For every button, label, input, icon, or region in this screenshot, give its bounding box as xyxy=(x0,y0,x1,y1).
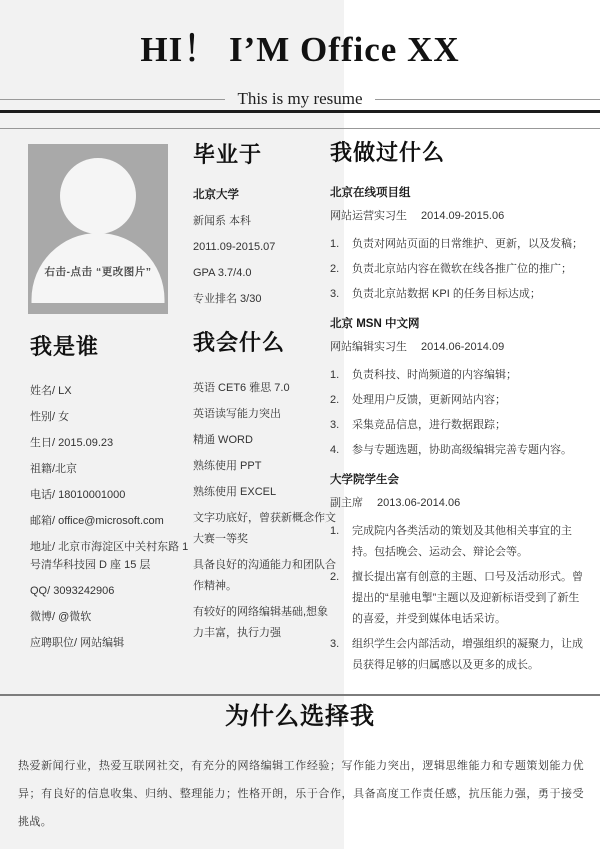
section-skills: 我会什么 英语 CET6 雅思 7.0 英语读写能力突出 精通 WORD 熟练使… xyxy=(193,330,338,649)
photo-caption: 右击-点击 “更改图片” xyxy=(28,264,168,279)
job-period: 2014.06-2014.09 xyxy=(421,341,504,353)
job-role: 网站运营实习生 xyxy=(330,210,407,222)
job-period: 2014.09-2015.06 xyxy=(421,210,504,222)
duty-item: 擅长提出富有创意的主题、口号及活动形式。曾提出的“星驰电掣”主题以及迎新标语受到… xyxy=(330,567,586,630)
profile-item-gender: 性别/ 女 xyxy=(30,408,198,426)
job-entry: 大学院学生会 副主席2013.06-2014.06 完成院内各类活动的策划及其他… xyxy=(330,473,586,676)
skill-item: 文字功底好，曾获新概念作文大赛一等奖 xyxy=(193,508,338,550)
profile-item-name: 姓名/ LX xyxy=(30,382,198,400)
profile-item-phone: 电话/ 18010001000 xyxy=(30,486,198,504)
duty-item: 负责北京站数据 KPI 的任务目标达成； xyxy=(330,284,586,305)
header-thick-rule xyxy=(0,110,600,113)
skill-item: 熟练使用 EXCEL xyxy=(193,482,338,503)
subtitle-text: This is my resume xyxy=(237,89,362,109)
skill-item: 精通 WORD xyxy=(193,430,338,451)
footer-divider-rule xyxy=(0,694,600,696)
duty-item: 完成院内各类活动的策划及其他相关事宜的主持。包括晚会、运动会、辩论会等。 xyxy=(330,521,586,563)
job-duty-list: 完成院内各类活动的策划及其他相关事宜的主持。包括晚会、运动会、辩论会等。 擅长提… xyxy=(330,521,586,676)
job-role: 副主席 xyxy=(330,497,363,509)
skill-item: 具备良好的沟通能力和团队合作精神。 xyxy=(193,555,338,597)
job-period: 2013.06-2014.06 xyxy=(377,497,460,509)
subtitle-left-rule xyxy=(0,99,225,100)
skill-item: 有较好的网络编辑基础,想象力丰富，执行力强 xyxy=(193,602,338,644)
profile-item-hometown: 祖籍/北京 xyxy=(30,460,198,478)
skills-heading: 我会什么 xyxy=(193,330,338,356)
job-organization: 北京在线项目组 xyxy=(330,186,586,201)
person-silhouette-head-icon xyxy=(60,158,136,234)
resume-page: HI！ I’M Office XX This is my resume 右击-点… xyxy=(0,0,600,849)
education-school: 北京大学 xyxy=(193,188,325,203)
job-role: 网站编辑实习生 xyxy=(330,341,407,353)
skill-item: 英语 CET6 雅思 7.0 xyxy=(193,378,338,399)
education-item: GPA 3.7/4.0 xyxy=(193,266,325,281)
header-thin-rule xyxy=(0,128,600,129)
why-me-text: 热爱新闻行业，热爱互联网社交，有充分的网络编辑工作经验；写作能力突出，逻辑思维能… xyxy=(18,752,584,836)
job-role-line: 副主席2013.06-2014.06 xyxy=(330,496,586,511)
profile-item-qq: QQ/ 3093242906 xyxy=(30,582,198,600)
duty-item: 负责北京站内容在微软在线各推广位的推广； xyxy=(330,259,586,280)
job-duty-list: 负责科技、时尚频道的内容编辑； 处理用户反馈，更新网站内容； 采集竞品信息，进行… xyxy=(330,365,586,461)
education-heading: 毕业于 xyxy=(193,142,325,168)
section-education: 毕业于 北京大学 新闻系 本科 2011.09-2015.07 GPA 3.7/… xyxy=(193,142,325,318)
duty-item: 处理用户反馈，更新网站内容； xyxy=(330,390,586,411)
duty-item: 负责对网站页面的日常维护、更新，以及发稿； xyxy=(330,234,586,255)
profile-item-weibo: 微博/ @微软 xyxy=(30,608,198,626)
experience-heading: 我做过什么 xyxy=(330,140,586,166)
why-me-heading: 为什么选择我 xyxy=(0,702,600,732)
profile-item-birthday: 生日/ 2015.09.23 xyxy=(30,434,198,452)
education-item: 2011.09-2015.07 xyxy=(193,240,325,255)
job-role-line: 网站运营实习生2014.09-2015.06 xyxy=(330,209,586,224)
education-item: 专业排名 3/30 xyxy=(193,292,325,307)
skill-item: 熟练使用 PPT xyxy=(193,456,338,477)
job-entry: 北京 MSN 中文网 网站编辑实习生2014.06-2014.09 负责科技、时… xyxy=(330,317,586,461)
photo-placeholder[interactable]: 右击-点击 “更改图片” xyxy=(28,144,168,314)
skill-item: 英语读写能力突出 xyxy=(193,404,338,425)
duty-item: 参与专题选题，协助高级编辑完善专题内容。 xyxy=(330,440,586,461)
who-am-i-heading: 我是谁 xyxy=(30,334,198,360)
education-item: 新闻系 本科 xyxy=(193,214,325,229)
duty-item: 负责科技、时尚频道的内容编辑； xyxy=(330,365,586,386)
subtitle-right-rule xyxy=(375,99,600,100)
job-organization: 大学院学生会 xyxy=(330,473,586,488)
job-duty-list: 负责对网站页面的日常维护、更新，以及发稿； 负责北京站内容在微软在线各推广位的推… xyxy=(330,234,586,305)
job-entry: 北京在线项目组 网站运营实习生2014.09-2015.06 负责对网站页面的日… xyxy=(330,186,586,305)
section-experience: 我做过什么 北京在线项目组 网站运营实习生2014.09-2015.06 负责对… xyxy=(330,140,586,680)
job-organization: 北京 MSN 中文网 xyxy=(330,317,586,332)
page-title: HI！ I’M Office XX xyxy=(0,22,600,72)
duty-item: 组织学生会内部活动，增强组织的凝聚力，让成员获得足够的归属感以及更多的成长。 xyxy=(330,634,586,676)
profile-item-address: 地址/ 北京市海淀区中关村东路 1 号清华科技园 D 座 15 层 xyxy=(30,538,198,574)
profile-item-position: 应聘职位/ 网站编辑 xyxy=(30,634,198,652)
job-role-line: 网站编辑实习生2014.06-2014.09 xyxy=(330,340,586,355)
section-who-am-i: 我是谁 姓名/ LX 性别/ 女 生日/ 2015.09.23 祖籍/北京 电话… xyxy=(30,334,198,660)
duty-item: 采集竞品信息，进行数据跟踪； xyxy=(330,415,586,436)
profile-item-email: 邮箱/ office@microsoft.com xyxy=(30,512,198,530)
subtitle-row: This is my resume xyxy=(0,89,600,109)
